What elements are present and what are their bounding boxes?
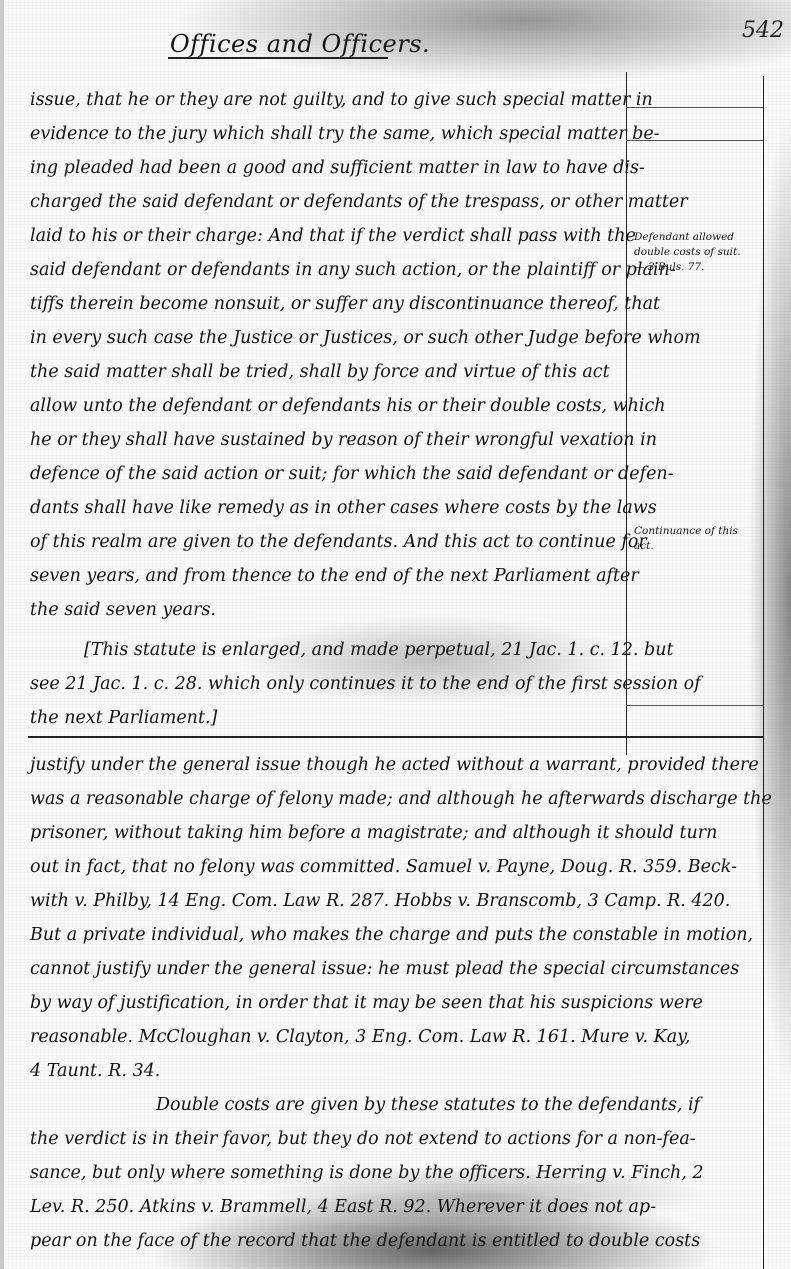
text-line: prisoner, without taking him before a ma… [30,818,717,848]
text-line: by way of justification, in order that i… [30,988,703,1018]
margin-note-line: Defendant allowed [634,230,759,245]
margin-note-line: Continuance of this [634,524,759,539]
margin-note-line: act. [634,539,759,554]
text-line: tiffs therein become nonsuit, or suffer … [30,289,660,319]
text-line: out in fact, that no felony was committe… [30,852,737,882]
text-line: Double costs are given by these statutes… [156,1090,700,1120]
text-line: was a reasonable charge of felony made; … [30,784,772,814]
text-line: ing pleaded had been a good and sufficie… [30,153,645,183]
text-line: evidence to the jury which shall try the… [30,119,660,149]
text-line: of this realm are given to the defendant… [30,527,647,557]
text-line: cannot justify under the general issue: … [30,954,739,984]
margin-note-continuance: Continuance of this act. [634,524,759,554]
text-line: with v. Philby, 14 Eng. Com. Law R. 287.… [30,886,730,916]
margin-ruling-line [626,705,763,706]
page-title: Offices and Officers. [170,30,430,58]
text-line: dants shall have like remedy as in other… [30,493,657,523]
bracket-note-line: the next Parliament.] [30,703,217,733]
bracket-note-line: see 21 Jac. 1. c. 28. which only continu… [30,669,701,699]
margin-note-line: double costs of suit. [634,245,759,260]
text-line: in every such case the Justice or Justic… [30,323,701,353]
right-border-rule [763,76,764,1269]
text-line: charged the said defendant or defendants… [30,187,688,217]
text-line: said defendant or defendants in any such… [30,255,676,285]
text-line: laid to his or their charge: And that if… [30,221,636,251]
text-line: the said seven years. [30,595,216,625]
text-line: the verdict is in their favor, but they … [30,1124,696,1154]
section-divider [28,736,763,738]
text-line: defence of the said action or suit; for … [30,459,674,489]
text-line: 4 Taunt. R. 34. [30,1056,160,1086]
text-line: sance, but only where something is done … [30,1158,704,1188]
bracket-note-line: [This statute is enlarged, and made perp… [84,635,674,665]
text-line: reasonable. McCloughan v. Clayton, 3 Eng… [30,1022,690,1052]
manuscript-page: Offices and Officers. 542 issue, that he… [4,0,791,1269]
text-line: the said matter shall be tried, shall by… [30,357,610,387]
text-line: justify under the general issue though h… [30,750,759,780]
margin-note-line: — 3 Buls. 77. [634,260,759,275]
text-line: pear on the face of the record that the … [30,1226,700,1256]
page-number: 542 [742,18,784,43]
text-line: issue, that he or they are not guilty, a… [30,85,653,115]
text-line: seven years, and from thence to the end … [30,561,639,591]
text-line: allow unto the defendant or defendants h… [30,391,666,421]
margin-note-double-costs: Defendant allowed double costs of suit. … [634,230,759,275]
text-line: Lev. R. 250. Atkins v. Brammell, 4 East … [30,1192,656,1222]
text-line: he or they shall have sustained by reaso… [30,425,657,455]
text-line: But a private individual, who makes the … [30,920,753,950]
